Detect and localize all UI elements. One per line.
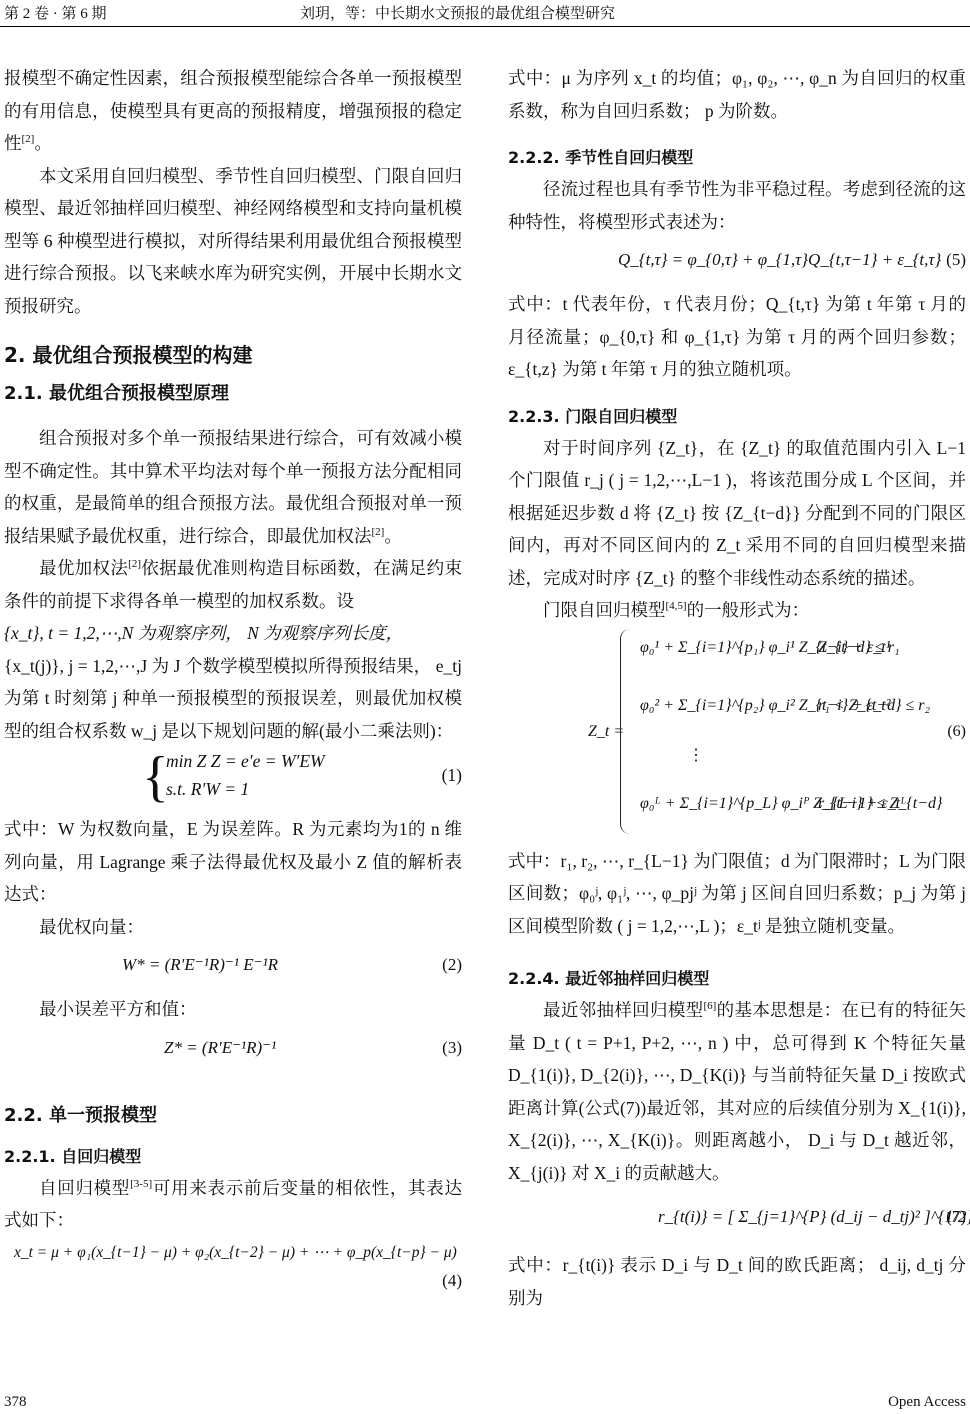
paragraph: 式中：t 代表年份，τ 代表月份；Q_{t,τ} 为第 t 年第 τ 月的月径流… xyxy=(508,288,966,386)
equation-number: (2) xyxy=(442,955,462,975)
paragraph: 报模型不确定性因素，组合预报模型能综合各单一预报模型的有用信息，使模型具有更高的… xyxy=(4,62,462,160)
left-column: 报模型不确定性因素，组合预报模型能综合各单一预报模型的有用信息，使模型具有更高的… xyxy=(4,62,462,1301)
paragraph-math: {x_t}, t = 1,2,⋯,N 为观察序列， N 为观察序列长度， xyxy=(4,617,462,650)
paragraph: 最优加权法[2]依据最优准则构造目标函数，在满足约束条件的前提下求得各单一模型的… xyxy=(4,552,462,617)
publisher-label: Open Access xyxy=(888,1394,966,1411)
citation[interactable]: [4,5] xyxy=(666,600,687,612)
running-title: 刘玥，等：中长期水文预报的最优组合模型研究 xyxy=(300,2,615,23)
equation-number: (4) xyxy=(442,1271,462,1291)
equation-number: (5) xyxy=(946,250,966,270)
citation[interactable]: [3-5] xyxy=(130,1178,152,1190)
paragraph: 门限自回归模型[4,5]的一般形式为： xyxy=(508,594,966,627)
section-heading-2-2-3: 2.2.3. 门限自回归模型 xyxy=(508,404,966,430)
paragraph: 式中：W 为权数向量，E 为误差阵。R 为元素均为1的 n 维列向量，用 Lag… xyxy=(4,813,462,911)
paragraph: 本文采用自回归模型、季节性自回归模型、门限自回归模型、最近邻抽样回归模型、神经网… xyxy=(4,160,462,323)
paragraph-math: {x_t(j)}, j = 1,2,⋯,J 为 J 个数学模型模拟所得预报结果，… xyxy=(4,650,462,748)
citation[interactable]: [2] xyxy=(372,526,385,538)
journal-issue: 第 2 卷 · 第 6 期 xyxy=(4,2,107,23)
equation-4: x_t = μ + φ₁(x_{t−1} − μ) + φ₂(x_{t−2} −… xyxy=(4,1237,462,1271)
equation-number: (1) xyxy=(442,765,462,786)
paragraph: 对于时间序列 {Z_t}，在 {Z_t} 的取值范围内引入 L−1 个门限值 r… xyxy=(508,432,966,595)
section-heading-2-2: 2.2. 单一预报模型 xyxy=(4,1102,462,1130)
section-heading-2-2-1: 2.2.1. 自回归模型 xyxy=(4,1144,462,1170)
equation-number: (3) xyxy=(442,1038,462,1058)
equation-5: Q_{t,τ} = φ_{0,τ} + φ_{1,τ}Q_{t,τ−1} + ε… xyxy=(508,238,966,288)
section-heading-2-2-2: 2.2.2. 季节性自回归模型 xyxy=(508,145,966,171)
label: 最小误差平方和值： xyxy=(4,993,462,1026)
paragraph: 式中：r_{t(i)} 表示 D_i 与 D_t 间的欧氏距离； d_ij, d… xyxy=(508,1249,966,1314)
brace-glyph: { xyxy=(142,749,169,805)
equation-number: (7) xyxy=(946,1207,966,1227)
equation-3: Z* = (R′E⁻¹R)⁻¹ (3) xyxy=(4,1026,462,1076)
equation-7: r_{t(i)} = [ Σ_{j=1}^{P} (d_ij − d_tj)² … xyxy=(508,1189,966,1249)
equation-number: (6) xyxy=(947,723,966,741)
citation[interactable]: [2] xyxy=(22,133,35,145)
equation-1: { min Z Z = e′e = W′EW s.t. R′W = 1 (1) xyxy=(4,747,462,813)
paragraph: 式中：r₁, r₂, ⋯, r_{L−1} 为门限值；d 为门限滞时；L 为门限… xyxy=(508,845,966,943)
equation-6: Z_t = φ₀¹ + Σ_{i=1}^{p₁} φ_i¹ Z_{t−i} + … xyxy=(508,627,966,845)
page-number: 378 xyxy=(4,1394,27,1411)
right-column: 式中：μ 为序列 x_t 的均值；φ₁, φ₂, ⋯, φ_n 为自回归的权重系… xyxy=(508,62,966,1314)
citation[interactable]: [2] xyxy=(128,558,141,570)
page-header: 第 2 卷 · 第 6 期 刘玥，等：中长期水文预报的最优组合模型研究 xyxy=(0,0,970,27)
section-heading-2-1: 2.1. 最优组合预报模型原理 xyxy=(4,380,462,408)
brace-glyph xyxy=(620,629,631,834)
label: 最优权向量： xyxy=(4,911,462,944)
paragraph: 式中：μ 为序列 x_t 的均值；φ₁, φ₂, ⋯, φ_n 为自回归的权重系… xyxy=(508,62,966,127)
paragraph: 径流过程也具有季节性为非平稳过程。考虑到径流的这种特性，将模型形式表述为： xyxy=(508,173,966,238)
equation-4-number-row: (4) xyxy=(4,1271,462,1301)
paragraph: 组合预报对多个单一预报结果进行综合，可有效减小模型不确定性。其中算术平均法对每个… xyxy=(4,422,462,552)
equation-2: W* = (R′E⁻¹R)⁻¹ E⁻¹R (2) xyxy=(4,943,462,993)
paragraph: 自回归模型[3-5]可用来表示前后变量的相依性，其表达式如下： xyxy=(4,1172,462,1237)
paragraph: 最近邻抽样回归模型[6]的基本思想是：在已有的特征矢量 D_t ( t = P+… xyxy=(508,994,966,1189)
citation[interactable]: [6] xyxy=(704,1000,717,1012)
section-heading-2: 2. 最优组合预报模型的构建 xyxy=(4,340,462,370)
section-heading-2-2-4: 2.2.4. 最近邻抽样回归模型 xyxy=(508,966,966,992)
